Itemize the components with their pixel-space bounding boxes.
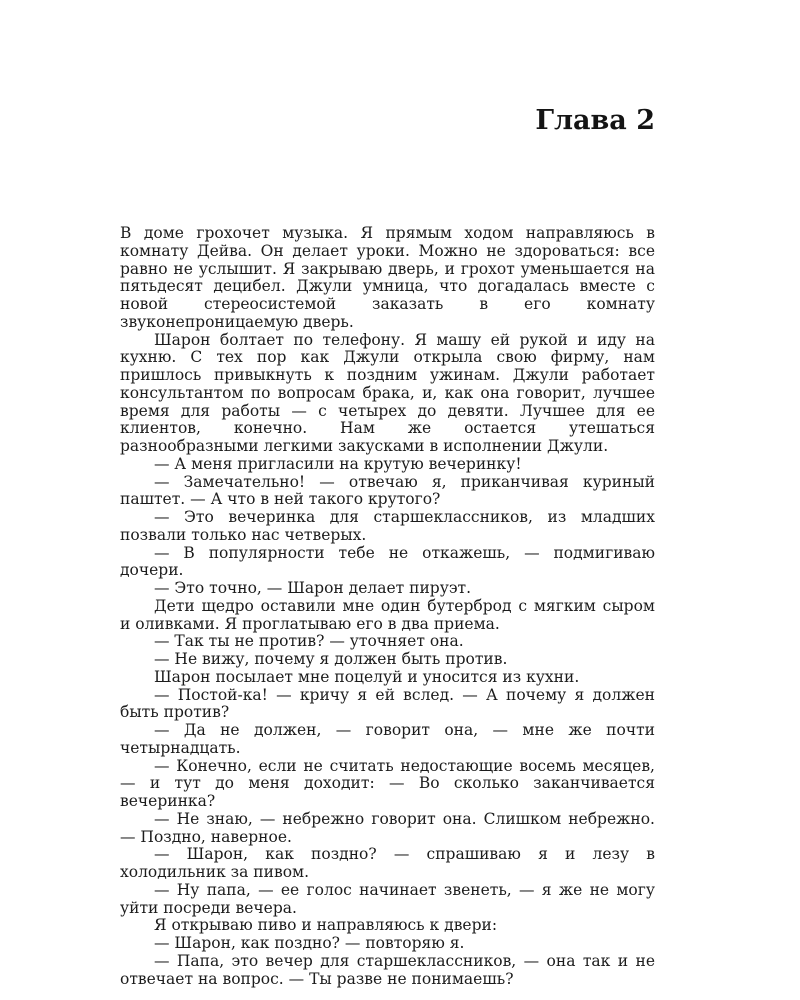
paragraph: — Не вижу, почему я должен быть против.: [120, 651, 655, 669]
text-block: В доме грохочет музыка. Я прямым ходом н…: [120, 225, 655, 988]
paragraph: — Постой-ка! — кричу я ей вслед. — А поч…: [120, 687, 655, 723]
paragraph: Шарон посылает мне поцелуй и уносится из…: [120, 669, 655, 687]
paragraph: — Замечательно! — отвечаю я, приканчивая…: [120, 474, 655, 510]
paragraph: В доме грохочет музыка. Я прямым ходом н…: [120, 225, 655, 332]
paragraph: — Конечно, если не считать недостающие в…: [120, 758, 655, 811]
paragraph: — А меня пригласили на крутую вечеринку!: [120, 456, 655, 474]
paragraph: — В популярности тебе не откажешь, — под…: [120, 545, 655, 581]
paragraph: — Шарон, как поздно? — повторяю я.: [120, 935, 655, 953]
paragraph: — Шарон, как поздно? — спрашиваю я и лез…: [120, 846, 655, 882]
book-page: Глава 2 В доме грохочет музыка. Я прямым…: [0, 0, 800, 1000]
paragraph: — Папа, это вечер для старшеклассников, …: [120, 953, 655, 989]
paragraph: — Это точно, — Шарон делает пируэт.: [120, 580, 655, 598]
paragraph: Я открываю пиво и направляюсь к двери:: [120, 917, 655, 935]
paragraph: — Так ты не против? — уточняет она.: [120, 633, 655, 651]
chapter-title: Глава 2: [0, 0, 800, 136]
paragraph: — Да не должен, — говорит она, — мне же …: [120, 722, 655, 758]
paragraph: Шарон болтает по телефону. Я машу ей рук…: [120, 332, 655, 456]
paragraph: — Это вечеринка для старшеклассников, из…: [120, 509, 655, 545]
paragraph: Дети щедро оставили мне один бутерброд с…: [120, 598, 655, 634]
paragraph: — Ну папа, — ее голос начинает звенеть, …: [120, 882, 655, 918]
paragraph: — Не знаю, — небрежно говорит она. Слишк…: [120, 811, 655, 847]
